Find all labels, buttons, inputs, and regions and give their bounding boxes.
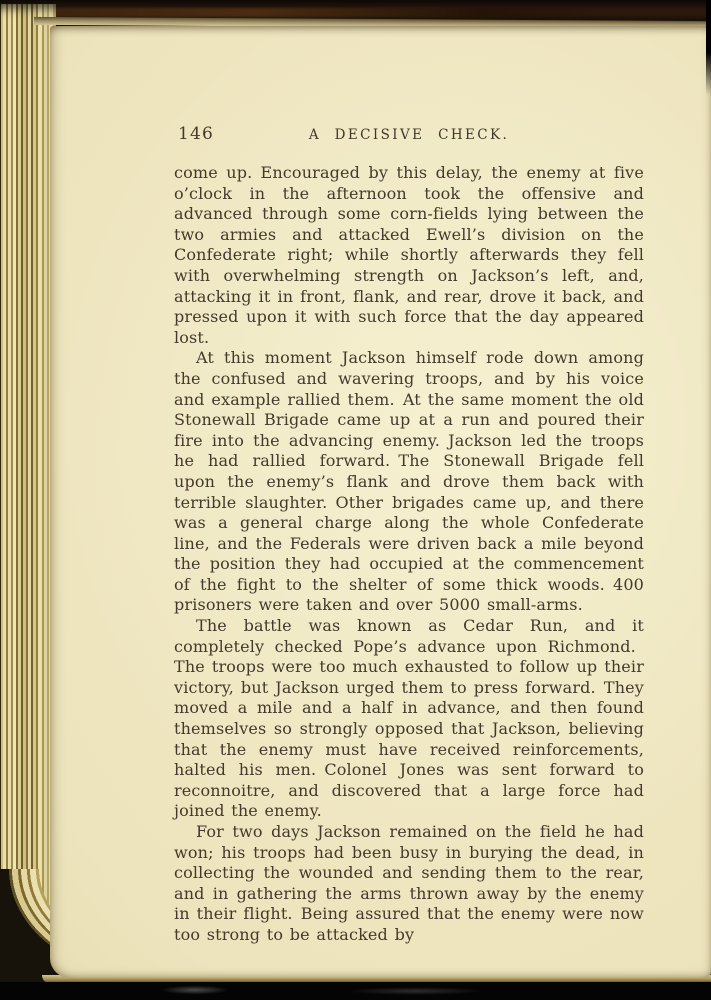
paragraph: come up. Encouraged by this delay, the e… (174, 163, 644, 348)
page-edge-stack (0, 4, 56, 980)
background-right-shadow (706, 0, 711, 95)
book-page: 146 A DECISIVE CHECK. come up. Encourage… (50, 26, 711, 978)
running-header: A DECISIVE CHECK. (174, 124, 644, 143)
paragraph: The battle was known as Cedar Run, and i… (174, 616, 644, 822)
book-spine-highlight (30, 8, 591, 17)
paragraph: At this moment Jackson himself rode down… (174, 348, 644, 616)
page-body: come up. Encouraged by this delay, the e… (174, 163, 644, 946)
paragraph: For two days Jackson remained on the fie… (174, 822, 644, 946)
table-surface (0, 982, 711, 1000)
book-photo: 146 A DECISIVE CHECK. come up. Encourage… (0, 0, 711, 1000)
page-header: 146 A DECISIVE CHECK. (174, 124, 644, 146)
page-number: 146 (178, 124, 214, 144)
